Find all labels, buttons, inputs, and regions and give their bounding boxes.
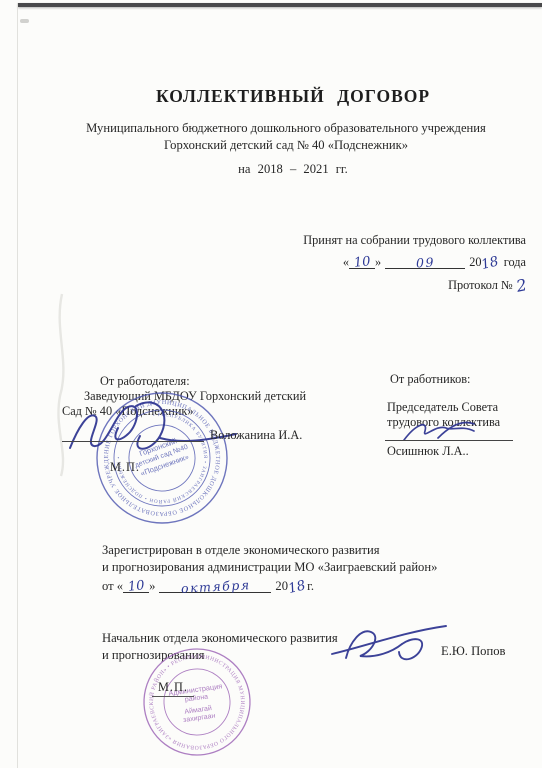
stamp-outer-circle [140, 645, 254, 759]
handwritten-year: 18 [481, 256, 500, 270]
handwritten-reg-day: 10 [127, 581, 145, 593]
day-blank: 10 [349, 255, 375, 269]
protocol-label: Протокол № [448, 278, 513, 292]
adoption-date-line: «10»092018 года [343, 255, 526, 270]
date-label: от [102, 579, 114, 593]
handwritten-reg-month: октября [180, 580, 250, 594]
organization-block: Муниципального бюджетного дошкольного об… [30, 120, 542, 153]
handwritten-protocol-number: 2 [515, 280, 527, 292]
stamp-inner-circle [160, 665, 235, 740]
official-line1: Начальник отдела экономического развития [102, 631, 338, 646]
year-suffix: г. [307, 579, 314, 593]
official-seal-label: М.П. [152, 680, 194, 697]
quote-close: » [375, 255, 381, 269]
employees-signature-line [385, 440, 513, 441]
scanned-document-page: КОЛЛЕКТИВНЫЙ ДОГОВОР Муниципального бюдж… [0, 0, 542, 768]
scan-left-edge [17, 3, 18, 768]
agreement-period: на 2018 – 2021 гг. [50, 162, 536, 177]
year-word: года [504, 255, 526, 269]
handwritten-month: 09 [416, 258, 435, 269]
quote-close: » [149, 579, 155, 593]
organization-line2: Горхонский детский сад № 40 «Подснежник» [30, 137, 542, 154]
employer-seal-label: М.П. [110, 460, 140, 475]
month-blank: 09 [385, 255, 465, 269]
registration-line1: Зарегистрирован в отделе экономического … [102, 543, 380, 558]
official-signature [328, 616, 450, 670]
employees-signature [398, 418, 502, 446]
employees-name: Осишнюк Л.А.. [387, 444, 469, 459]
scan-top-edge [18, 3, 542, 7]
organization-line1: Муниципального бюджетного дошкольного об… [30, 120, 542, 137]
employees-heading: От работников: [390, 372, 470, 387]
protocol-line: Протокол № 2 [448, 278, 526, 293]
employer-heading: От работодателя: [100, 374, 190, 389]
official-name: Е.Ю. Попов [441, 644, 505, 659]
handwritten-reg-year: 18 [287, 580, 306, 594]
employees-line1: Председатель Совета [387, 400, 498, 415]
registration-line2: и прогнозирования администрации МО «Заиг… [102, 560, 437, 575]
title-block: КОЛЛЕКТИВНЫЙ ДОГОВОР [50, 86, 536, 107]
document-title: КОЛЛЕКТИВНЫЙ ДОГОВОР [156, 86, 430, 106]
employer-name: Воложанина И.А. [210, 428, 302, 443]
day-blank: 10 [123, 579, 149, 593]
month-blank: октября [159, 579, 271, 593]
scan-artifact-mark [20, 19, 29, 23]
registration-date-line: от «10»октября2018г. [102, 579, 314, 594]
employer-signature-line [62, 441, 204, 442]
handwritten-day: 10 [353, 257, 371, 269]
adoption-line: Принят на собрании трудового коллектива [303, 233, 526, 248]
administration-stamp: АДМИНИСТРАЦИЯ МУНИЦИПАЛЬНОГО ОБРАЗОВАНИЯ… [140, 645, 254, 759]
